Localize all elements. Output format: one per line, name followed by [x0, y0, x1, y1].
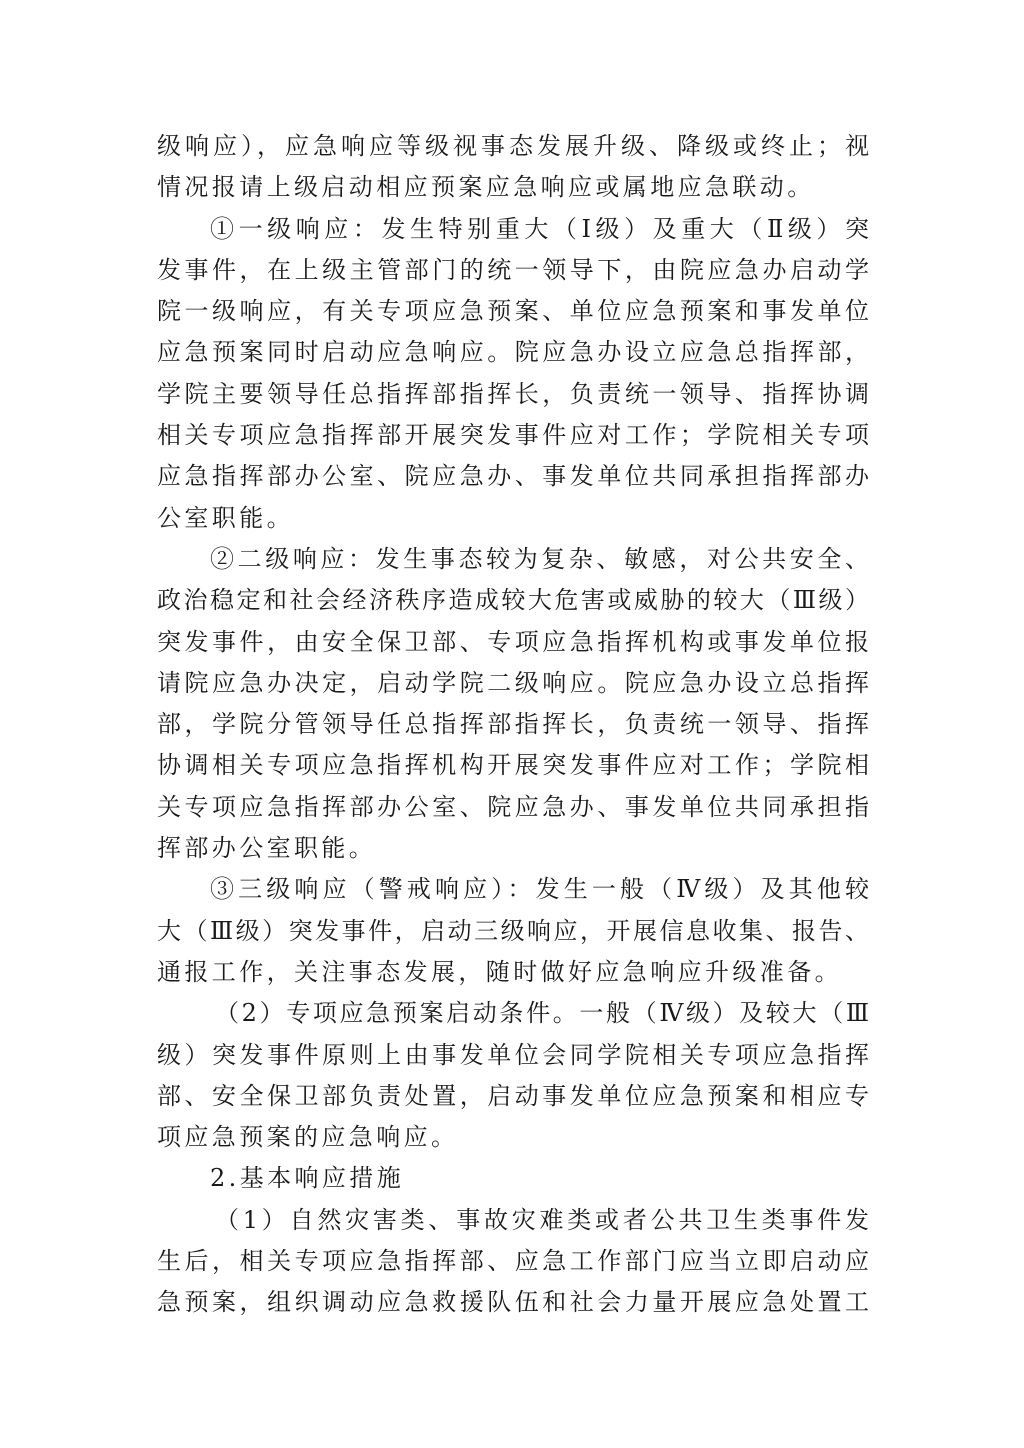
- document-page: 级响应），应急响应等级视事态发展升级、降级或终止；视 情况报请上级启动相应预案应…: [157, 126, 869, 1324]
- text-line: 院一级响应，有关专项应急预案、单位应急预案和事发单位: [157, 291, 869, 332]
- paragraph-level-3-response: ③三级响应（警戒响应）：发生一般（Ⅳ级）及其他较 大（Ⅲ级）突发事件，启动三级响…: [157, 869, 869, 993]
- text-line: 应急预案同时启动应急响应。院应急办设立应急总指挥部，: [157, 332, 869, 373]
- text-line: 大（Ⅲ级）突发事件，启动三级响应，开展信息收集、报告、: [157, 911, 869, 952]
- text-line: 通报工作，关注事态发展，随时做好应急响应升级准备。: [157, 952, 869, 993]
- text-line: ③三级响应（警戒响应）：发生一般（Ⅳ级）及其他较: [157, 869, 869, 910]
- text-line: 协调相关专项应急指挥机构开展突发事件应对工作；学院相: [157, 745, 869, 786]
- text-line: 突发事件，由安全保卫部、专项应急指挥机构或事发单位报: [157, 622, 869, 663]
- text-line: 项应急预案的应急响应。: [157, 1117, 869, 1158]
- section-heading: 2.基本响应措施: [157, 1158, 869, 1199]
- text-line: 请院应急办决定，启动学院二级响应。院应急办设立总指挥: [157, 663, 869, 704]
- text-line: ①一级响应：发生特别重大（Ⅰ级）及重大（Ⅱ级）突: [157, 209, 869, 250]
- text-line: ②二级响应：发生事态较为复杂、敏感，对公共安全、: [157, 539, 869, 580]
- text-line: （2）专项应急预案启动条件。一般（Ⅳ级）及较大（Ⅲ: [157, 993, 869, 1034]
- text-line: 生后，相关专项应急指挥部、应急工作部门应当立即启动应: [157, 1241, 869, 1282]
- text-line: 挥部办公室职能。: [157, 828, 869, 869]
- text-line: 情况报请上级启动相应预案应急响应或属地应急联动。: [157, 167, 869, 208]
- text-line: 部、安全保卫部负责处置，启动事发单位应急预案和相应专: [157, 1076, 869, 1117]
- text-line: 部，学院分管领导任总指挥部指挥长，负责统一领导、指挥: [157, 704, 869, 745]
- text-line: 级响应），应急响应等级视事态发展升级、降级或终止；视: [157, 126, 869, 167]
- text-line: 级）突发事件原则上由事发单位会同学院相关专项应急指挥: [157, 1035, 869, 1076]
- text-line: 公室职能。: [157, 498, 869, 539]
- text-line: 急预案，组织调动应急救援队伍和社会力量开展应急处置工: [157, 1282, 869, 1323]
- text-line: 关专项应急指挥部办公室、院应急办、事发单位共同承担指: [157, 787, 869, 828]
- text-line: 学院主要领导任总指挥部指挥长，负责统一领导、指挥协调: [157, 374, 869, 415]
- section-heading-basic-measures: 2.基本响应措施: [157, 1158, 869, 1199]
- text-line: 政治稳定和社会经济秩序造成较大危害或威胁的较大（Ⅲ级）: [157, 580, 869, 621]
- paragraph-level-2-response: ②二级响应：发生事态较为复杂、敏感，对公共安全、 政治稳定和社会经济秩序造成较大…: [157, 539, 869, 869]
- paragraph-continuation: 级响应），应急响应等级视事态发展升级、降级或终止；视 情况报请上级启动相应预案应…: [157, 126, 869, 209]
- text-line: 相关专项应急指挥部开展突发事件应对工作；学院相关专项: [157, 415, 869, 456]
- text-line: 应急指挥部办公室、院应急办、事发单位共同承担指挥部办: [157, 456, 869, 497]
- paragraph-level-1-response: ①一级响应：发生特别重大（Ⅰ级）及重大（Ⅱ级）突 发事件，在上级主管部门的统一领…: [157, 209, 869, 539]
- paragraph-natural-disaster: （1）自然灾害类、事故灾难类或者公共卫生类事件发 生后，相关专项应急指挥部、应急…: [157, 1200, 869, 1324]
- text-line: 发事件，在上级主管部门的统一领导下，由院应急办启动学: [157, 250, 869, 291]
- text-line: （1）自然灾害类、事故灾难类或者公共卫生类事件发: [157, 1200, 869, 1241]
- paragraph-special-plan-activation: （2）专项应急预案启动条件。一般（Ⅳ级）及较大（Ⅲ 级）突发事件原则上由事发单位…: [157, 993, 869, 1158]
